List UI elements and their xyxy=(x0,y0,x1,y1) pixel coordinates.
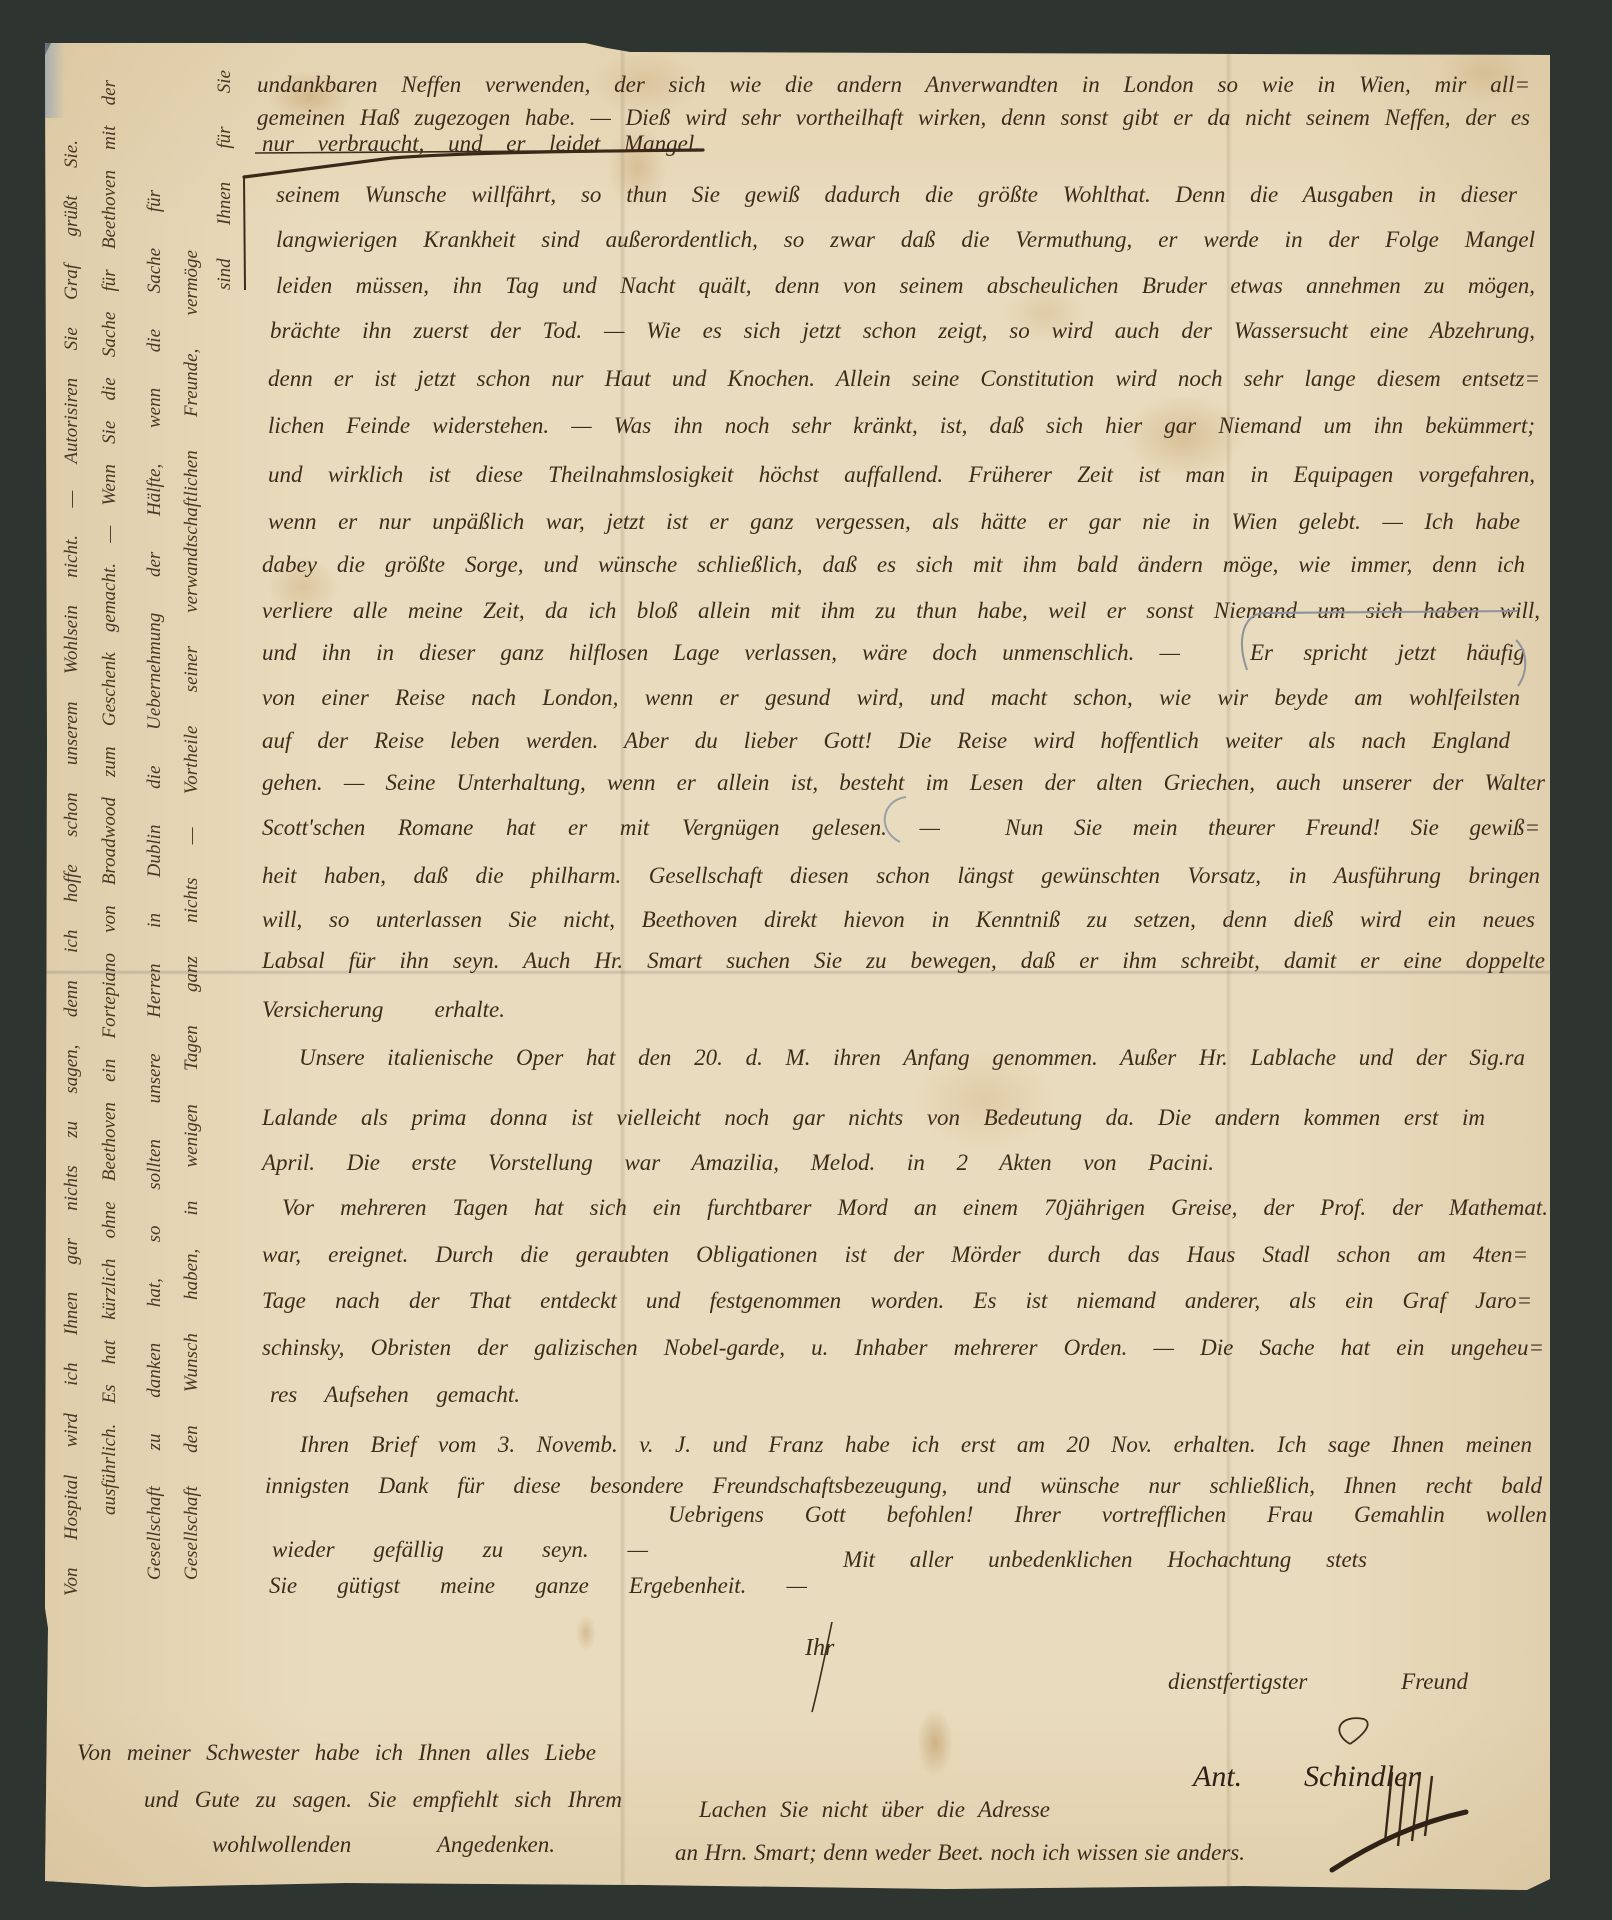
letter-line: Tage nach der That entdeckt und festgeno… xyxy=(262,1286,1532,1316)
paper-edge-tint xyxy=(45,43,65,118)
letter-line: will, so unterlassen Sie nicht, Beethove… xyxy=(262,905,1535,935)
letter-line: langwierigen Krankheit sind außerordentl… xyxy=(276,225,1535,255)
letter-line: wenn er nur unpäßlich war, jetzt ist er … xyxy=(268,507,1520,537)
letter-line: Lalande als prima donna ist vielleicht n… xyxy=(262,1103,1485,1133)
letter-line-underlined: nur verbraucht, und er leidet Mangel. xyxy=(262,129,700,159)
margin-note-line: ausführlich. Es hat kürzlich ohne Beetho… xyxy=(97,80,123,1515)
letter-line: innigsten Dank für diese besondere Freun… xyxy=(265,1471,1542,1501)
letter-line: verliere alle meine Zeit, da ich bloß al… xyxy=(262,596,1540,626)
letter-line: gehen. — Seine Unterhaltung, wenn er all… xyxy=(262,768,1545,798)
letter-line-bracketed: Er spricht jetzt häufig xyxy=(1250,638,1525,668)
letter-line: auf der Reise leben werden. Aber du lieb… xyxy=(262,726,1510,756)
signature: Ant. Schindler xyxy=(1193,1760,1419,1794)
letter-line: Ihren Brief vom 3. Novemb. v. J. und Fra… xyxy=(300,1430,1532,1460)
letter-line: wieder gefällig zu seyn. — xyxy=(272,1535,648,1565)
letter-line: leiden müssen, ihn Tag und Nacht quält, … xyxy=(276,271,1535,301)
closing-ihr: Ihr xyxy=(805,1633,834,1663)
postscript-left-line: Von meiner Schwester habe ich Ihnen alle… xyxy=(77,1738,596,1768)
letter-line: April. Die erste Vorstellung war Amazili… xyxy=(262,1148,1214,1178)
letter-line: Nun Sie mein theurer Freund! Sie gewiß= xyxy=(1005,813,1540,843)
letter-line: Mit aller unbedenklichen Hochachtung ste… xyxy=(843,1545,1367,1575)
postscript-left-line: wohlwollenden Angedenken. xyxy=(212,1830,555,1860)
letter-line: schinsky, Obristen der galizischen Nobel… xyxy=(262,1333,1544,1363)
postscript-bottom-line: an Hrn. Smart; denn weder Beet. noch ich… xyxy=(675,1838,1245,1868)
postscript-bottom-line: Lachen Sie nicht über die Adresse xyxy=(699,1795,1050,1825)
letter-line: undankbaren Neffen verwenden, der sich w… xyxy=(257,70,1530,100)
letter-line: und wirklich ist diese Theilnahmslosigke… xyxy=(268,460,1535,490)
letter-line: von einer Reise nach London, wenn er ges… xyxy=(262,683,1520,713)
letter-line: res Aufsehen gemacht. xyxy=(270,1380,520,1410)
letter-line: Labsal für ihn seyn. Auch Hr. Smart such… xyxy=(262,946,1545,976)
letter-line: denn er ist jetzt schon nur Haut und Kno… xyxy=(268,364,1540,394)
letter-line: Uebrigens Gott befohlen! Ihrer vortreffl… xyxy=(668,1500,1547,1530)
letter-line: heit haben, daß die philharm. Gesellscha… xyxy=(262,861,1540,891)
closing-complimentary: dienstfertigster Freund xyxy=(1168,1667,1468,1697)
letter-line: war, ereignet. Durch die geraubten Oblig… xyxy=(262,1240,1528,1270)
letter-line: brächte ihn zuerst der Tod. — Wie es sic… xyxy=(270,316,1535,346)
letter-line: lichen Feinde widerstehen. — Was ihn noc… xyxy=(268,411,1535,441)
margin-note-line: Gesellschaft den Wunsch haben, in wenige… xyxy=(179,250,205,1580)
letter-line: Scott'schen Romane hat er mit Vergnügen … xyxy=(262,813,940,843)
letter-line: dabey die größte Sorge, und wünsche schl… xyxy=(262,550,1525,580)
letter-line: Vor mehreren Tagen hat sich ein furchtba… xyxy=(282,1193,1548,1223)
letter-line: seinem Wunsche willfährt, so thun Sie ge… xyxy=(276,180,1517,210)
letter-line: Versicherung erhalte. xyxy=(262,995,505,1025)
margin-note-line: Von Hospital wird ich Ihnen gar nichts z… xyxy=(59,140,85,1596)
letter-line: und ihn in dieser ganz hilflosen Lage ve… xyxy=(262,638,1180,668)
margin-note-line: Gesellschaft zu danken hat, so sollten u… xyxy=(142,190,168,1580)
letter-line: Sie gütigst meine ganze Ergebenheit. — xyxy=(269,1571,807,1601)
margin-note-line: sind Ihnen für Sie xyxy=(212,70,238,290)
letter-line: Unsere italienische Oper hat den 20. d. … xyxy=(299,1043,1525,1073)
postscript-left-line: und Gute zu sagen. Sie empfiehlt sich Ih… xyxy=(144,1785,622,1815)
